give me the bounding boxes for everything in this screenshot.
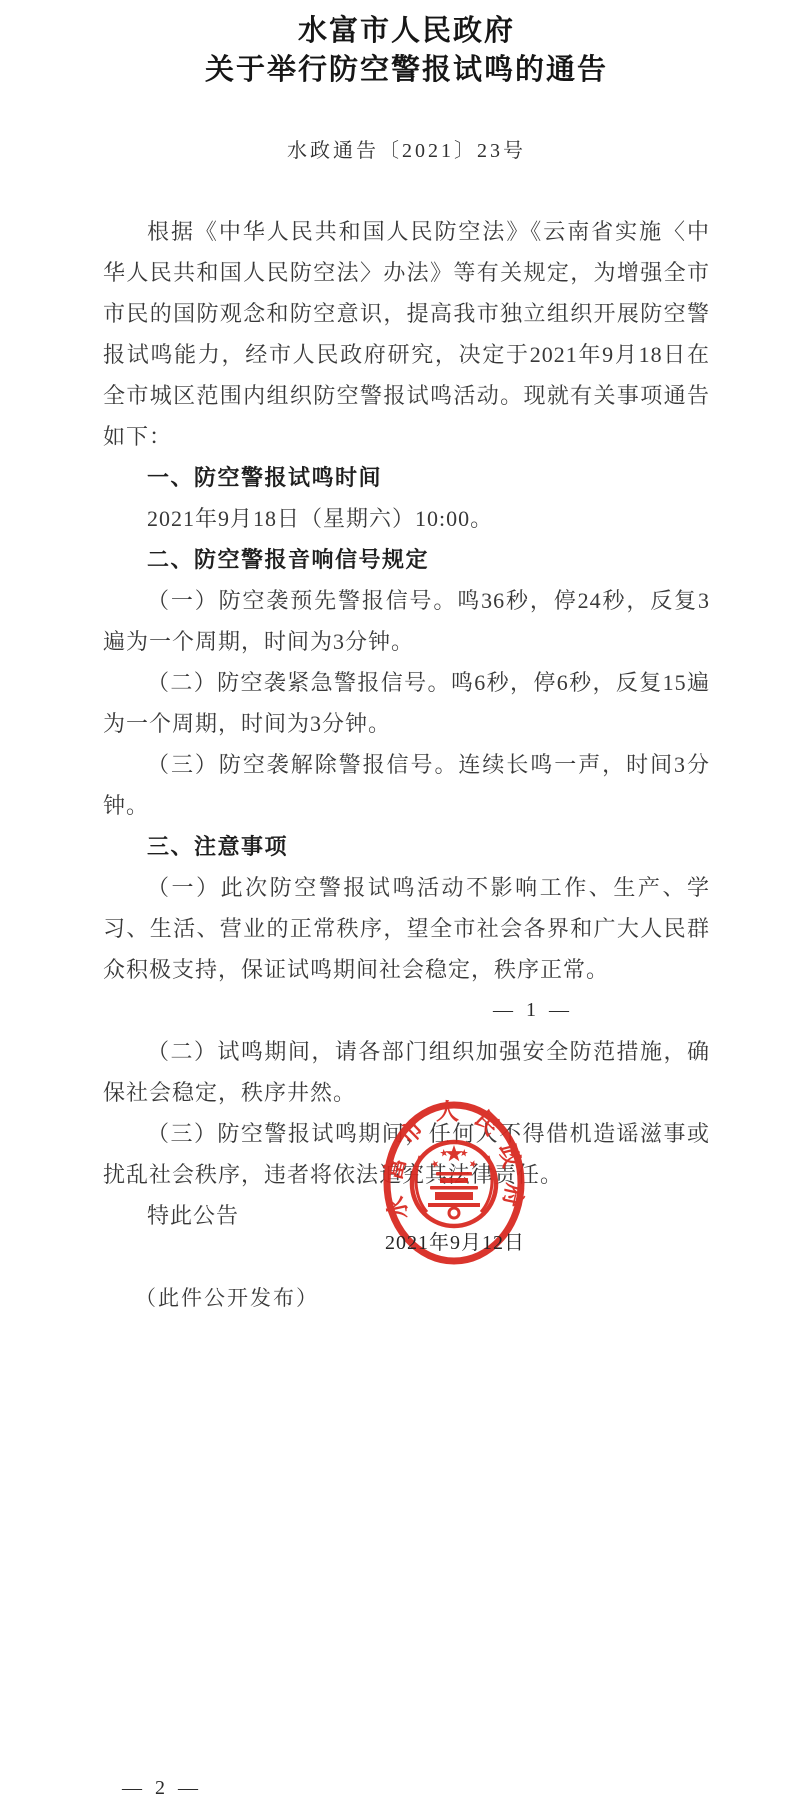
document-title: 水富市人民政府 关于举行防空警报试鸣的通告 (103, 0, 710, 90)
issue-date: 2021年9月12日 (382, 1226, 528, 1255)
title-line-1: 水富市人民政府 (103, 12, 710, 51)
document-body: 根据《中华人民共和国人民防空法》《云南省实施〈中华人民共和国人民防空法〉办法》等… (103, 211, 710, 1236)
paragraph-test-time: 2021年9月18日（星期六）10:00。 (103, 498, 710, 539)
page-1-marker: — 1 — (103, 990, 710, 1031)
paragraph-signal-1: （一）防空袭预先警报信号。鸣36秒，停24秒，反复3遍为一个周期，时间为3分钟。 (103, 580, 710, 662)
public-release-note: （此件公开发布） (135, 1282, 319, 1312)
page-2-marker: — 2 — (122, 1768, 202, 1809)
section-heading-1: 一、防空警报试鸣时间 (103, 457, 710, 498)
title-line-2: 关于举行防空警报试鸣的通告 (103, 51, 710, 90)
document-content: 水富市人民政府 关于举行防空警报试鸣的通告 水政通告〔2021〕23号 根据《中… (103, 0, 710, 1236)
paragraph-note-1: （一）此次防空警报试鸣活动不影响工作、生产、学习、生活、营业的正常秩序，望全市社… (103, 867, 710, 990)
section-heading-2: 二、防空警报音响信号规定 (103, 539, 710, 580)
paragraph-signal-2: （二）防空袭紧急警报信号。鸣6秒，停6秒，反复15遍为一个周期，时间为3分钟。 (103, 662, 710, 744)
document-page: 水富市人民政府 关于举行防空警报试鸣的通告 水政通告〔2021〕23号 根据《中… (0, 0, 793, 1809)
doc-number: 水政通告〔2021〕23号 (103, 134, 710, 163)
paragraph-signal-3: （三）防空袭解除警报信号。连续长鸣一声，时间3分钟。 (103, 744, 710, 826)
paragraph-intro: 根据《中华人民共和国人民防空法》《云南省实施〈中华人民共和国人民防空法〉办法》等… (103, 211, 710, 457)
section-heading-3: 三、注意事项 (103, 826, 710, 867)
national-emblem-icon (412, 1142, 496, 1226)
